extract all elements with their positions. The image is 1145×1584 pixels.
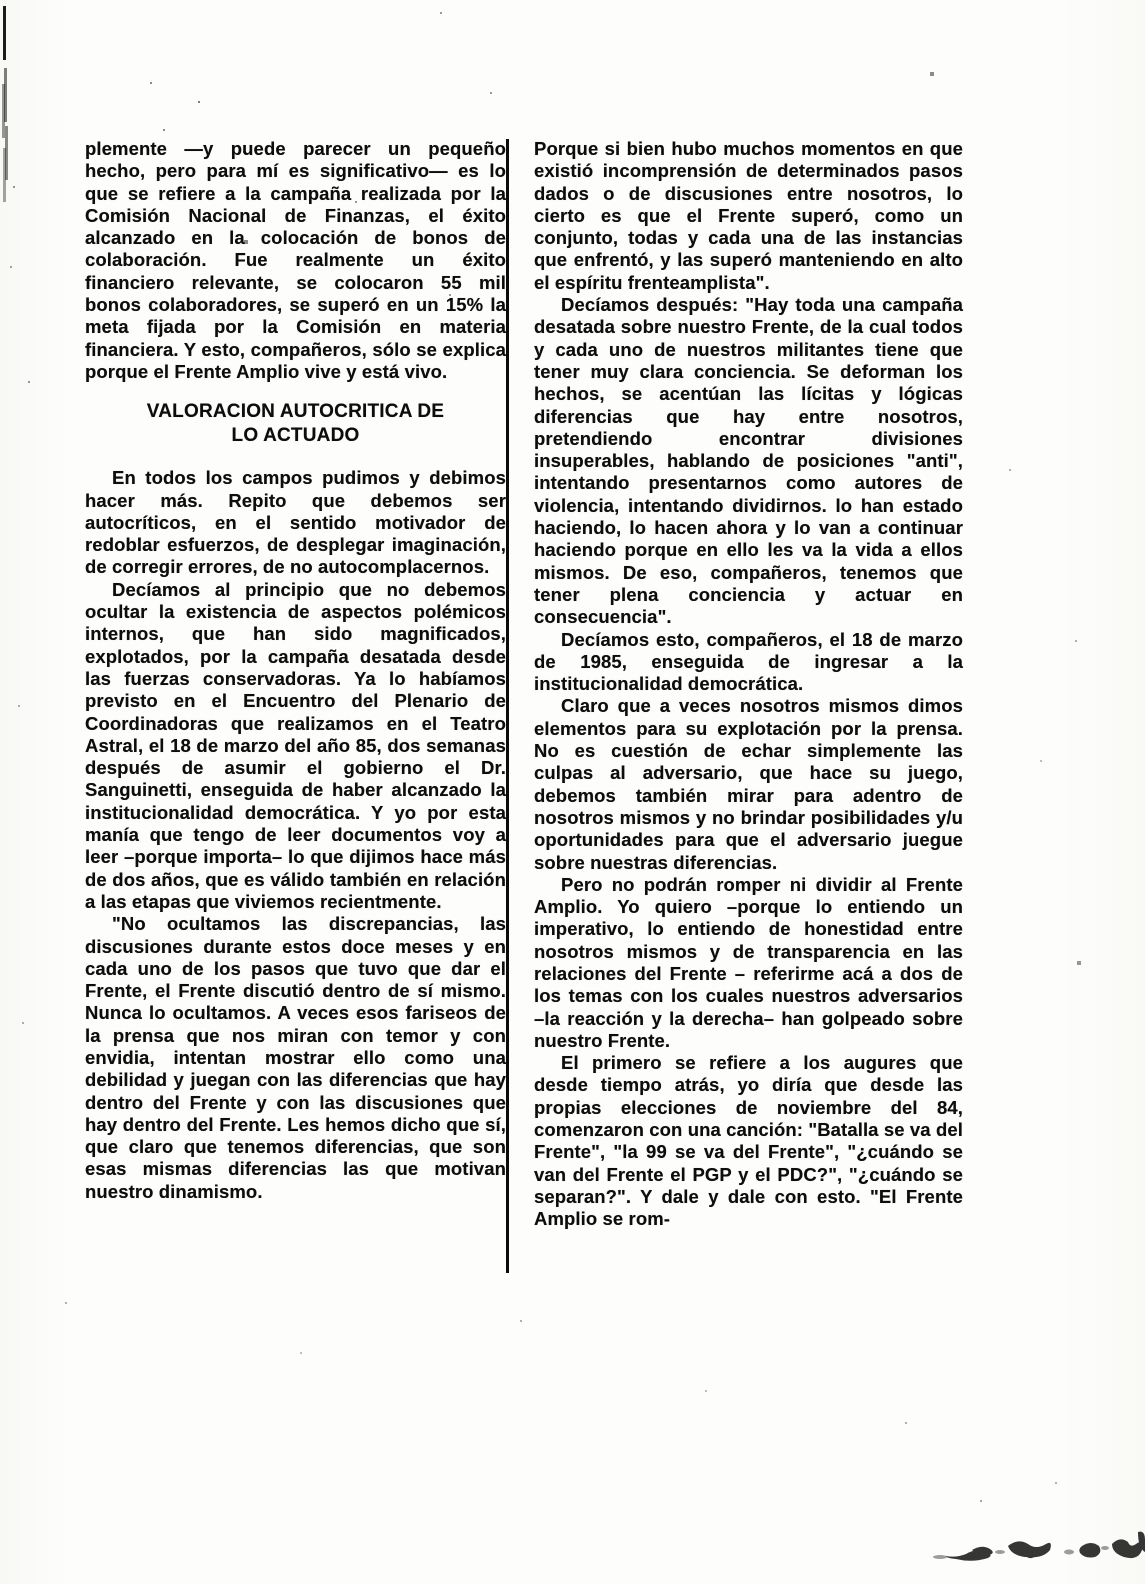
right-paragraph-1: Porque si bien hubo muchos momentos en q… — [534, 138, 963, 294]
right-paragraph-3: Decíamos esto, compañeros, el 18 de marz… — [534, 629, 963, 696]
left-paragraph-2: En todos los campos pudimos y debimos ha… — [85, 467, 506, 578]
left-paragraph-1: plemente —y puede parecer un pequeño hec… — [85, 138, 506, 383]
section-heading: VALORACION AUTOCRITICA DE LO ACTUADO — [85, 400, 506, 447]
column-divider-rule — [506, 139, 509, 1273]
right-paragraph-2: Decíamos después: "Hay toda una campaña … — [534, 294, 963, 628]
right-column: Porque si bien hubo muchos momentos en q… — [534, 138, 963, 1231]
left-paragraph-3: Decíamos al principio que no debemos ocu… — [85, 579, 506, 913]
right-paragraph-5: Pero no podrán romper ni dividir al Fren… — [534, 874, 963, 1052]
left-column: plemente —y puede parecer un pequeño hec… — [85, 138, 506, 1203]
section-heading-line1: VALORACION AUTOCRITICA DE — [147, 401, 444, 422]
ink-smudge-artifact — [932, 1512, 1145, 1570]
section-heading-line2: LO ACTUADO — [232, 425, 360, 446]
scan-noise-speckles — [0, 0, 2, 2]
right-paragraph-6: El primero se refiere a los augures que … — [534, 1052, 963, 1230]
right-paragraph-4: Claro que a veces nosotros mismos dimos … — [534, 695, 963, 873]
scan-edge-artifact — [3, 6, 6, 60]
left-paragraph-4: "No ocultamos las discrepancias, las dis… — [85, 913, 506, 1203]
scanned-document-page: plemente —y puede parecer un pequeño hec… — [0, 0, 1145, 1584]
